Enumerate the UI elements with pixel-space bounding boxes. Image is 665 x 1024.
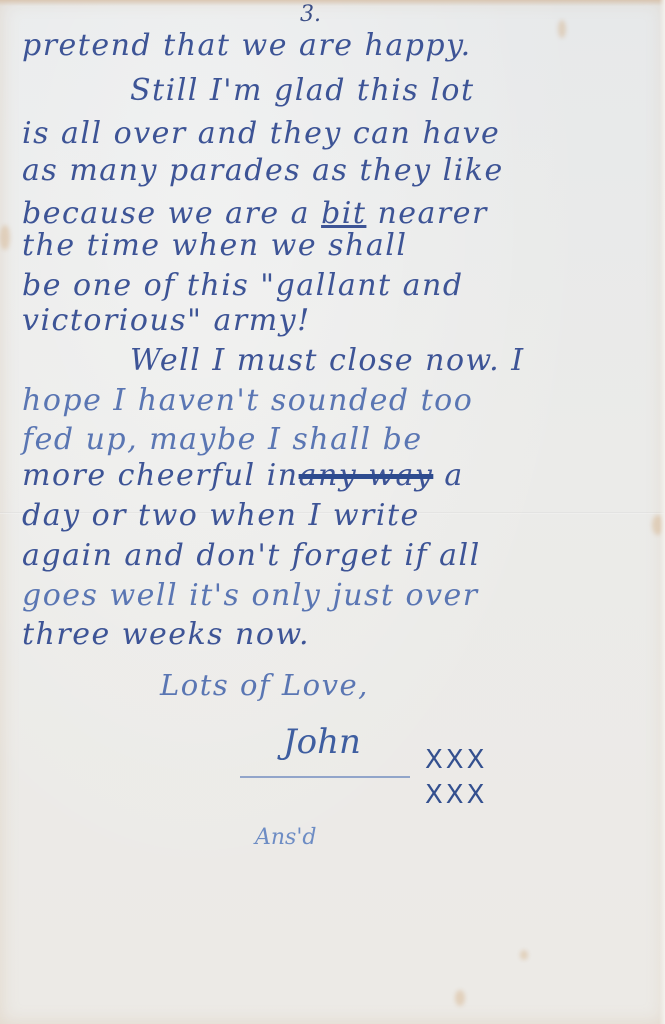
paper-stain xyxy=(520,950,528,960)
letter-line: victorious" army! xyxy=(22,303,311,338)
text-fragment: nearer xyxy=(366,196,487,231)
kisses-row: XXX xyxy=(425,745,487,775)
letter-line: day or two when I write xyxy=(22,498,420,533)
letter-line-underlined: because we are a bit nearer xyxy=(22,196,488,231)
paper-stain xyxy=(455,990,465,1006)
letter-line: the time when we shall xyxy=(22,228,407,263)
letter-line: as many parades as they like xyxy=(22,153,504,188)
letter-line-with-strikeout: more cheerful inany way a xyxy=(22,458,464,493)
letter-line: again and don't forget if all xyxy=(22,538,481,573)
text-fragment: more cheerful in xyxy=(22,458,299,493)
letter-line: Well I must close now. I xyxy=(130,343,525,378)
answered-annotation: Ans'd xyxy=(255,825,316,850)
paper-stain xyxy=(652,515,664,535)
kisses-row: XXX xyxy=(425,780,487,810)
text-fragment: a xyxy=(433,458,463,493)
letter-line: pretend that we are happy. xyxy=(22,28,472,63)
page-number: 3. xyxy=(300,2,321,27)
text-fragment: because we are a xyxy=(22,196,321,231)
letter-line: Still I'm glad this lot xyxy=(130,73,475,108)
letter-line: goes well it's only just over xyxy=(22,578,479,613)
letter-line: be one of this "gallant and xyxy=(22,268,464,303)
letter-page: 3. pretend that we are happy. Still I'm … xyxy=(0,0,665,1024)
closing-salutation: Lots of Love, xyxy=(160,668,369,702)
letter-line: hope I haven't sounded too xyxy=(22,383,473,418)
underlined-word: bit xyxy=(321,196,366,231)
paper-stain xyxy=(558,20,566,38)
letter-line: fed up, maybe I shall be xyxy=(22,422,423,457)
letter-line: is all over and they can have xyxy=(22,116,500,151)
signature-underline xyxy=(240,776,410,778)
letter-line: three weeks now. xyxy=(22,617,310,652)
signature: John xyxy=(283,722,361,762)
paper-stain xyxy=(0,225,10,250)
struck-out-text: any way xyxy=(299,458,434,493)
